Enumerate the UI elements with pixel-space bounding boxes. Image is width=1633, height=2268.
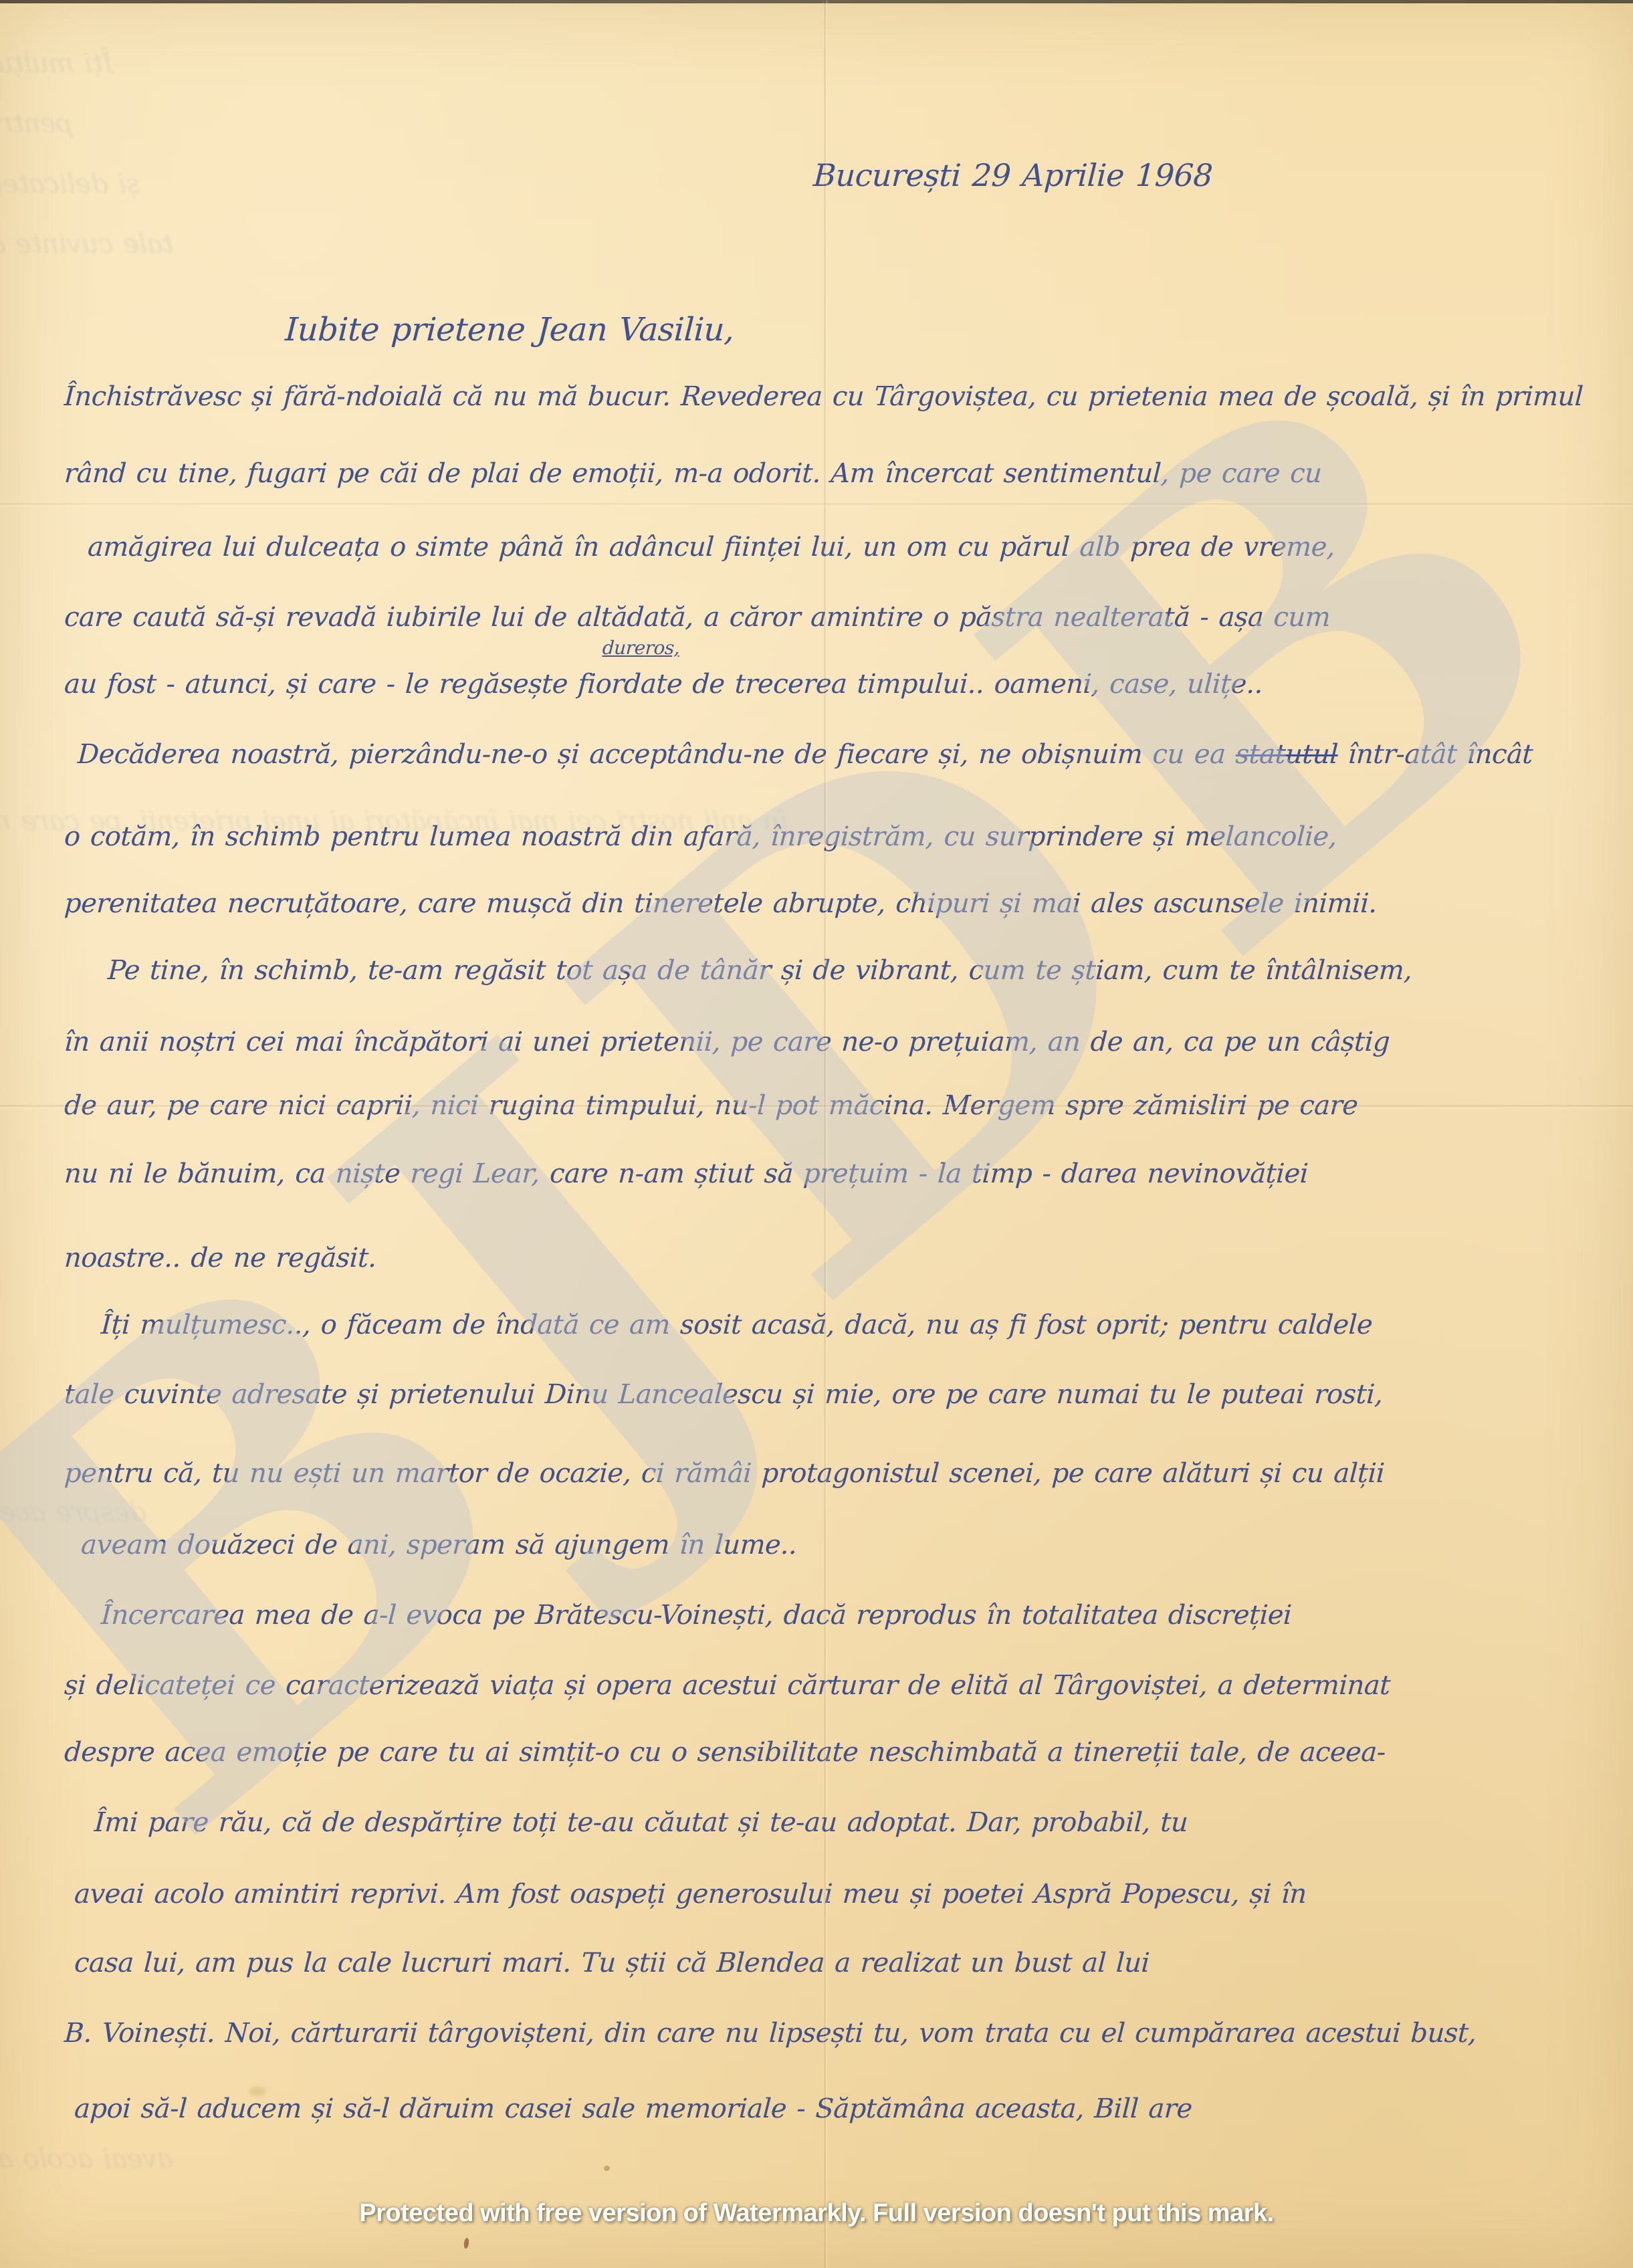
letter-line-21: despre acea emoție pe care tu ai simțit-… [64,1737,1386,1768]
letter-body: București 29 Aprilie 1968 Iubite prieten… [0,0,1633,2268]
scan-edge [0,0,1633,3]
ink-bleed-ghost: Îți mulțumesc.., o făceam de îndată ce a… [0,48,114,79]
letter-line-25: B. Voinești. Noi, cărturarii târgovișten… [64,2018,1477,2049]
letter-line-7: Decăderea noastră, pierzându-ne-o și acc… [77,739,1533,770]
letter-line-22: Îmi pare rău, că de despărțire toți te-a… [94,1807,1189,1838]
letter-line-11: în anii noștri cei mai încăpători ai une… [64,1027,1390,1057]
fold-crease-horizontal-faint [0,503,1633,505]
letter-line-18: aveam douăzeci de ani, speram să ajungem… [80,1530,798,1560]
letter-line-20: și delicateței ce caracterizează viața ș… [64,1670,1391,1701]
fold-crease-vertical [824,0,826,2268]
ink-bleed-ghost: în anii noștri cei mai încăpători ai une… [0,806,789,837]
letter-line-26: apoi să-l aducem și să-l dăruim casei sa… [74,2093,1193,2124]
letter-date: București 29 Aprilie 1968 [812,157,1214,193]
struck-word: statutul [1235,739,1339,770]
ink-bleed-ghost: aveai acolo amintiri reprivi. Am fost oa… [0,2144,174,2174]
letter-salutation: Iubite prietene Jean Vasiliu, [284,311,735,348]
letter-line-17: pentru că, tu nu ești un martor de ocazi… [64,1458,1385,1489]
letter-line-15: Îți mulțumesc.., o făceam de îndată ce a… [100,1310,1373,1340]
letter-line-24: casa lui, am pus la cale lucruri mari. T… [74,1948,1150,1978]
letter-line-6: au fost - atunci, și care - le regăsește… [64,669,1263,700]
fold-crease-horizontal [0,1105,1633,1107]
letter-line-9: perenitatea necruțătoare, care mușcă din… [64,888,1378,919]
letter-page: București 29 Aprilie 1968 Iubite prieten… [0,0,1633,2268]
ink-bleed-ghost: și delicateței ce caracterizează viața ș… [0,169,140,199]
ink-bleed-ghost: tale cuvinte adresate și prietenului Din… [0,229,174,260]
paper-stain [249,2087,266,2096]
letter-line-4: care caută să-și revadă iubirile lui de … [64,602,1331,633]
letter-line-10: Pe tine, în schimb, te-am regăsit tot aș… [107,955,1413,986]
letter-line-19: Încercarea mea de a-l evoca pe Brătescu-… [100,1600,1293,1631]
letter-line-14: noastre.. de ne regăsit. [64,1243,377,1273]
letter-line-13: nu ni le bănuim, ca niște regi Lear, car… [64,1158,1309,1189]
letter-line-2: rând cu tine, fugari pe căi de plai de e… [64,458,1323,489]
ink-bleed-ghost: pentru că, tu nu ești un martor de ocazi… [0,108,74,139]
letter-line-5: dureros, [602,637,680,659]
letter-line-3: amăgirea lui dulceața o simte până în ad… [87,532,1335,562]
paper-stain [604,2166,610,2171]
letter-line-16: tale cuvinte adresate și prietenului Din… [64,1379,1384,1410]
ink-bleed-ghost: despre acea emoție pe care tu ai simțit-… [0,1497,147,1528]
letter-line-23: aveai acolo amintiri reprivi. Am fost oa… [74,1879,1307,1910]
